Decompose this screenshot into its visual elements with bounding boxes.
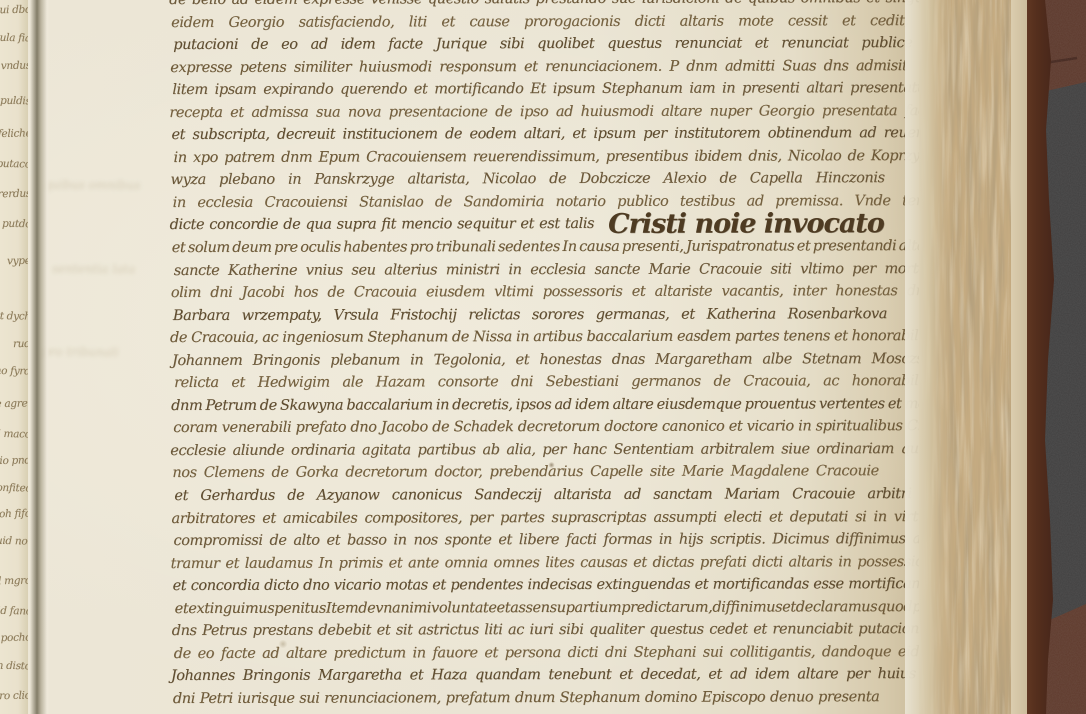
text-line: dnsPetrusprestansdebebitetsitastrictusli… (172, 621, 941, 646)
show-through-fragment: sententia lata (52, 262, 135, 277)
text-line: ecclesiealiundeordinariaagitatapartibusa… (170, 441, 940, 466)
facing-page-fragment: fila pocho (0, 631, 31, 644)
facing-page-fragment: il mgro (0, 575, 31, 588)
text-line: coramvenerabiliprefatodnoJacobodeSchadek… (173, 418, 940, 443)
page-gutter (30, 0, 50, 714)
text-line: expressepetenssimiliterhuiusmodiresponsu… (170, 58, 907, 82)
heading-pre-text: dicteconcordiedequasuprafitmenciosequitu… (170, 216, 595, 240)
text-line: dnmPetrumdeSkawynabaccalariumindecretis,… (171, 396, 940, 421)
text-line: JohannemBringonisplebanuminTegolonia,eth… (172, 351, 940, 376)
text-line: receptaetadmissasuanovapresentacionedeip… (169, 103, 939, 128)
text-line: tramuretlaudamusInprimisetanteomniaomnes… (171, 554, 941, 579)
facing-page-fragment: spuldis (0, 95, 31, 108)
show-through-fragment: pro tribunali (42, 345, 119, 360)
facing-page-fragment: inde feliche (0, 127, 31, 140)
text-line: relictaetHedwigimaleHazamconsortedniSebe… (174, 373, 940, 398)
facing-page-fragment: ridro clio (0, 690, 31, 703)
text-line: putacionideeoadidemfacteJuriquesibiquoli… (173, 35, 939, 60)
facing-page-fragment: putdo (2, 218, 31, 231)
text-line: deeofacteadaltarepredictuminfauoreetpers… (174, 644, 941, 669)
facing-page-fragment: iqrid fanc (0, 605, 31, 618)
text-line: etconcordiadictodnovicariomotasetpendent… (173, 576, 941, 601)
text-line: JohannesBringonisMargarethaetHazaquandam… (171, 666, 916, 690)
facing-page-fragment: Rsimi maco (0, 427, 31, 440)
facing-page-fragment: fin disto (0, 660, 31, 673)
text-line: etsubscripta,decreuitinstitucionemdeeode… (171, 125, 939, 150)
text-line: compromissidealtoetbassoinnossponteetlib… (173, 531, 940, 556)
facing-page-fragment: cui dbo (0, 4, 31, 17)
facing-page-fragment: pilgris et dych (0, 309, 31, 322)
facing-page-fragment: imi vndus (0, 59, 31, 72)
text-line: etsolumdeumpreoculishabentesprotribunali… (172, 238, 940, 263)
facing-page-fragment: no quid not (0, 535, 31, 548)
text-line: olimdniJacobihosdeCracouiaeiusdemvltimip… (171, 283, 940, 308)
manuscript-photo: cui dbovsula fiaimi vndusspuldisinde fel… (0, 0, 1086, 714)
text-line: Barbarawrzempaty,VrsulaFristochijrelicta… (173, 306, 887, 330)
text-line: deCracouia,acingeniosumStephanumdeNissai… (170, 328, 940, 353)
text-line: sancteKatherinevniusseualteriusministrii… (174, 261, 940, 286)
text-line: eidemGeorgiosatisfaciendo,litietcausepro… (171, 13, 939, 38)
show-through-fragment: quibus omnibus (44, 178, 140, 193)
page-curve-blend (905, 0, 957, 714)
chapter-heading: Cristi noie invocato (608, 209, 884, 232)
facing-page-fragment: et confiteo (0, 482, 31, 495)
text-block: debelloadeidemexpressevenissequestiosalu… (171, 0, 941, 714)
facing-page-fragment: il patio pnd (0, 454, 31, 467)
text-line: etGerhardusdeAzyanowcanonicusSandeczijal… (174, 486, 911, 510)
book-right-band (905, 0, 1086, 714)
text-line: dniPetriiurisquesuirenunciacionem,prefat… (173, 689, 880, 713)
text-line: inxpopatremdnmEpumCracouiensemreuerendis… (173, 148, 939, 173)
text-line: wyzaplebanoinPanskrzygealtarista,Nicolao… (171, 171, 885, 195)
text-line: arbitratoresetamicabilescompositores,per… (171, 509, 940, 534)
facing-page-fragment: i Joh fifo (0, 508, 31, 521)
text-line: etextinguimuspenitusItemdevnanimivolunta… (175, 599, 941, 624)
facing-page-fragment: de se agret (0, 397, 31, 410)
facing-page-fragment: vrerdus (0, 188, 31, 201)
text-line: litemipsamexpirandoquerendoetmortificand… (172, 80, 939, 105)
text-line: nosClemensdeGorkadecretorumdoctor,preben… (172, 464, 879, 488)
heading-line: dicteconcordiedequasuprafitmenciosequitu… (170, 216, 884, 240)
manuscript-page: quibus omnibussententia latapro tribunal… (28, 0, 940, 714)
facing-page-fragment: imano fyrd (0, 365, 31, 378)
facing-page-fragment: vsula fia (0, 32, 31, 45)
facing-page-fragment: ad putaco (0, 158, 31, 171)
